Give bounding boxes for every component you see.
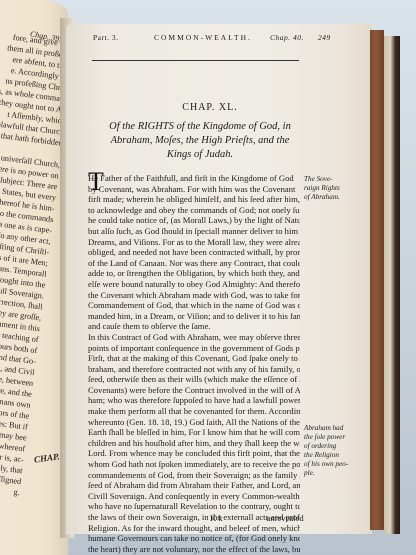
text-line: He Father of the Faithfull, and firſt in… [88, 173, 300, 184]
page-fore-edge [370, 30, 384, 530]
margin-note-line: the Religion [304, 451, 348, 460]
text-line: ſeed, otherwiſe then as their wills (whi… [88, 374, 300, 385]
text-line: he could take notice of, (as Morall Laws… [88, 215, 300, 226]
page-number: 249 [318, 33, 331, 42]
margin-note-sovereign-rights: The Sove-raign Rightsof Abraham. [304, 175, 340, 202]
text-line: adde to, or ſtrengthen the Obligation, b… [88, 268, 300, 279]
text-line: In this Contract of God with Abraham, we… [88, 332, 300, 343]
margin-note-line: ple. [304, 469, 348, 478]
catchword: unrevealed [266, 513, 304, 523]
header-rule [92, 60, 299, 61]
text-line: elſe were bound naturally to obey God Al… [88, 279, 300, 290]
text-line: children and his houſhold after him, and… [88, 438, 300, 449]
text-line: Earth ſhall be bleſſed in him, For I kno… [88, 427, 300, 438]
text-line: the Covenant which Abraham made with God… [88, 290, 300, 301]
chapter-subtitle: Of the RIGHTS of the Kingdome of God, in… [100, 120, 300, 162]
text-line: humane Governours can take no notice of,… [88, 533, 300, 544]
left-catchword: CHAP. [33, 451, 60, 464]
text-line: firſt made; wherein he obliged himſelf, … [88, 194, 300, 205]
text-line: whom God hath not ſpoken immediately, ar… [88, 459, 300, 470]
text-line: ſeed of Abraham did from Abraham their F… [88, 480, 300, 491]
running-head-part: Part. 3. [93, 33, 118, 42]
text-line: points of important conſequence in the g… [88, 343, 300, 354]
margin-note-line: of ordering [304, 442, 348, 451]
margin-note-line: The Sove- [304, 175, 340, 184]
text-line: braham, and therefore contracted not wit… [88, 364, 300, 375]
left-page-text: fore, and give theirthem all in proße, a… [0, 30, 68, 498]
text-line: Lord. From whence may be concluded this … [88, 448, 300, 459]
running-head-chapter: Chap. 40. [270, 33, 304, 42]
text-line: and cauſe them to obſerve the ſame. [88, 321, 300, 332]
text-line: Covenants) were before the Contract invo… [88, 385, 300, 396]
book-cover-board [384, 36, 400, 534]
text-line: whereunto (Gen. 18. 18, 19.) God ſaith, … [88, 417, 300, 428]
margin-note-line: Abraham had [304, 424, 348, 433]
text-line: to acknowledge and obey the commands of … [88, 205, 300, 216]
text-line: of the Land of Canaan. Nor was there any… [88, 258, 300, 269]
chapter-title: CHAP. XL. [60, 102, 360, 113]
margin-note-line: the ſole power [304, 433, 348, 442]
text-line: Religion. As for the inward thought, and… [88, 523, 300, 534]
text-line: Civill Soveraign. And conſequently in ev… [88, 491, 300, 502]
text-line: but alſo ſuch, as God ſhould in ſpeciall… [88, 226, 300, 237]
text-line: manded him, in a Dream, or Viſion; and t… [88, 311, 300, 322]
subtitle-line: Abraham, Moſes, the High Prieſts, and th… [100, 134, 300, 148]
text-line: by Covenant, was Abraham. For with him w… [88, 184, 300, 195]
text-line: Firſt, that at the making of this Covena… [88, 353, 300, 364]
margin-note-line: raign Rights [304, 184, 340, 193]
text-line: ham; who was therefore ſuppoſed to have … [88, 395, 300, 406]
subtitle-line: Of the RIGHTS of the Kingdome of God, in [100, 120, 300, 134]
left-page: Chap. 39. fore, and give theirthem all i… [0, 0, 68, 555]
text-line: Commandement of God, that which in the n… [88, 300, 300, 311]
margin-note-abraham-religion: Abraham hadthe ſole powerof orderingthe … [304, 424, 348, 478]
text-line: commandements of God, from their Soverai… [88, 470, 300, 481]
text-line: the heart) they are not voluntary, nor t… [88, 544, 300, 555]
text-line: make them perform all that he covenanted… [88, 406, 300, 417]
running-head-title: COMMON-WEALTH. [154, 33, 252, 42]
text-line: Dreams, and Viſions. For as to the Moral… [88, 237, 300, 248]
margin-note-line: of his own peo- [304, 460, 348, 469]
subtitle-line: Kings of Judah. [100, 148, 300, 162]
text-line: who have no ſupernaturall Revelation to … [88, 501, 300, 512]
margin-note-line: of Abraham. [304, 193, 340, 202]
text-line: obliged, and needed not have been contra… [88, 247, 300, 258]
signature-mark: K k [210, 513, 223, 523]
body-text: He Father of the Faithfull, and firſt in… [88, 173, 300, 554]
